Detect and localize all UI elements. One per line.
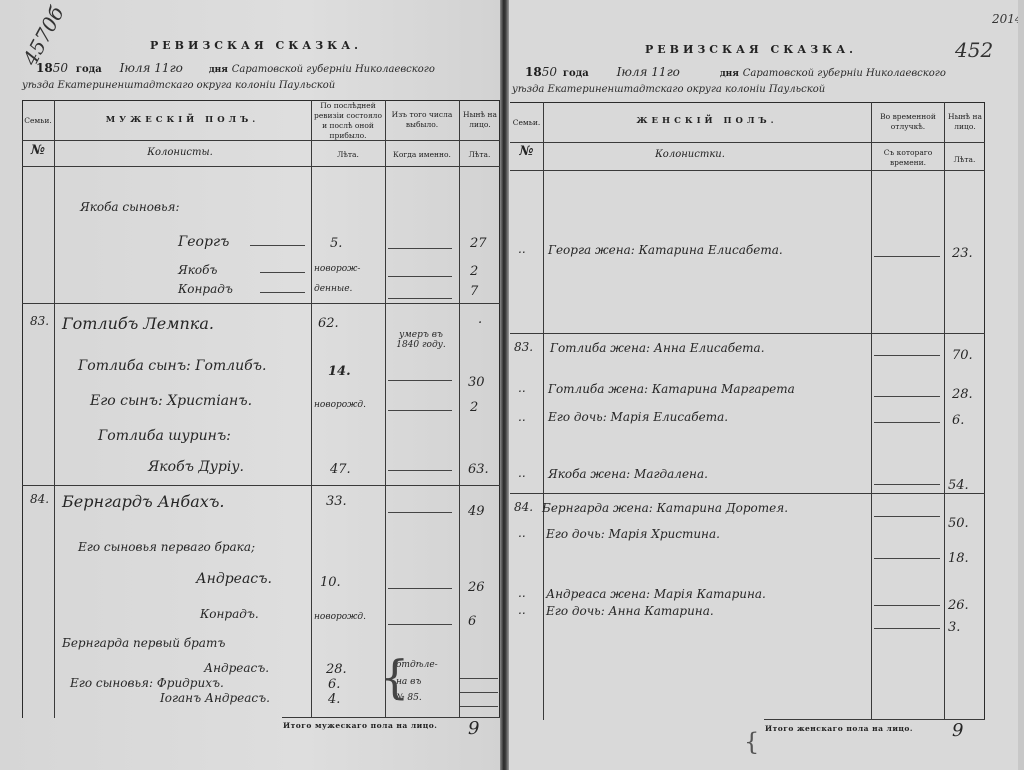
right-page-title: РЕВИЗСКАЯ СКАЗКА. (645, 43, 857, 56)
day-label: дня (720, 69, 739, 79)
month-day: Іюля 11го (617, 65, 680, 79)
row-present: 63. (468, 462, 489, 477)
row-prev: 5. (330, 236, 342, 251)
left-table (22, 100, 500, 718)
row-name: Якоба сыновья: (80, 200, 180, 214)
row-prev: 14. (328, 364, 351, 379)
row-present: 26 (468, 580, 485, 595)
col-prev-revision-header: По послѣдней ревизiи состояло и послѣ он… (313, 101, 383, 141)
year-hand: 50 (542, 65, 557, 79)
year-prefix: 18 (525, 65, 542, 79)
row-prev: 10. (320, 575, 341, 590)
day-label: дня (209, 65, 228, 75)
col-sex-header: МУЖЕСКIЙ ПОЛЪ. (54, 115, 311, 125)
row-name: Георгъ (178, 234, 229, 250)
row-prev: 28. (326, 662, 347, 677)
year-label: года (76, 64, 102, 75)
row-name: Конрадъ (178, 282, 233, 296)
col-sex-header: ЖЕНСКIЙ ПОЛЪ. (543, 116, 871, 126)
row-prev: 47. (330, 462, 351, 477)
row-name: Якоба жена: Магдалена. (548, 467, 708, 481)
when-header: Когда именно. (385, 150, 459, 160)
month-day: Іюля 11го (120, 61, 183, 75)
row-present: 70. (952, 348, 973, 363)
row-present: 7 (470, 284, 478, 299)
col-family-header: Семьи. (22, 116, 54, 126)
row-name: Якобъ Дурiу. (148, 459, 244, 475)
row-present: 54. (948, 478, 969, 493)
row-name: Бернгардъ Анбахъ. (62, 492, 225, 511)
row-name: Его дочь: Марiя Христина. (546, 527, 720, 541)
row-present: 23. (952, 246, 973, 261)
row-name: Его дочь: Марiя Елисабета. (548, 410, 728, 424)
col-present-header: Нынѣ на лицо. (461, 110, 499, 130)
row-name: Iоганъ Андреасъ. (160, 691, 270, 705)
row-name: Его сыновья: Фридрихъ. (70, 676, 224, 690)
years-header-1: Лѣта. (311, 150, 385, 160)
location-line-1: Саратовской губернiи Николаевского (232, 64, 435, 75)
row-family: 84. (30, 492, 49, 506)
row-departed: умеръ въ 1840 году. (388, 330, 454, 350)
since-when-header: Съ котораго времени. (874, 148, 942, 168)
col-departed-header: Изъ того числа выбыло. (388, 110, 456, 130)
row-present: 50. (948, 516, 969, 531)
row-name: Андреасъ. (204, 661, 269, 675)
row-name: Готлиба шуринъ: (98, 428, 231, 444)
row-prev: 62. (318, 316, 339, 331)
num-sign: № (510, 147, 543, 157)
year-hand: 50 (53, 61, 68, 75)
row-family: .. (518, 586, 526, 600)
right-folio-number: 452 (955, 38, 993, 62)
row-family: 83. (30, 314, 49, 328)
row-prev: новорожд. (314, 612, 366, 622)
row-family: 84. (514, 500, 533, 514)
left-location-line-2: уѣзда Екатериненштадтскаго округа колонi… (22, 80, 335, 91)
row-prev: новорожд. (314, 400, 366, 410)
years-header: Лѣта. (944, 155, 985, 165)
left-page: 4570б РЕВИЗСКАЯ СКАЗКА. 1850 года Іюля 1… (0, 0, 505, 770)
row-name: Андреасъ. (196, 571, 272, 587)
left-page-title: РЕВИЗСКАЯ СКАЗКА. (150, 39, 362, 52)
row-name: Готлиба жена: Анна Елисабета. (550, 341, 765, 355)
row-present: 6. (952, 413, 964, 428)
row-name: Андреаса жена: Марiя Катарина. (546, 587, 766, 601)
male-total-value: 9 (468, 718, 479, 739)
row-present: 3. (948, 620, 960, 635)
row-name: Якобъ (178, 263, 217, 277)
year-label: года (563, 68, 589, 79)
row-present: 18. (948, 551, 969, 566)
location-line-1: Саратовской губернiи Николаевского (743, 68, 946, 79)
row-present: 6 (468, 614, 476, 629)
right-location-line-2: уѣзда Екатериненштадтскаго округа колонi… (512, 84, 825, 95)
row-present: 26. (948, 598, 969, 613)
row-name: Его дочь: Анна Катарина. (546, 604, 714, 618)
row-present: 49 (468, 504, 485, 519)
row-family: .. (518, 410, 526, 424)
row-name: Его сыновья перваго брака; (78, 540, 255, 554)
years-header-2: Лѣта. (459, 150, 500, 160)
row-family: .. (518, 466, 526, 480)
row-family: .. (518, 381, 526, 395)
female-total-value: 9 (952, 720, 963, 741)
row-family: .. (518, 526, 526, 540)
row-name: Готлиба жена: Катарина Маргарета (548, 382, 795, 396)
row-name: Бернгарда жена: Катарина Доротея. (542, 501, 788, 515)
male-total-label: Итого мужескаго пола на лицо. (283, 721, 437, 730)
row-present: 2 (470, 400, 478, 415)
row-prev: новорож- (314, 264, 360, 274)
row-name: Георга жена: Катарина Елисабета. (548, 243, 783, 257)
female-total-label: Итого женскаго пола на лицо. (765, 724, 913, 733)
brace-mark-icon: { (744, 728, 759, 756)
row-present: . (478, 312, 482, 327)
left-date-line: 1850 года Іюля 11го дня Саратовской губе… (36, 61, 435, 75)
row-family: .. (518, 603, 526, 617)
row-present: 27 (470, 236, 487, 251)
row-name: Готлиба сынъ: Готлибъ. (78, 358, 266, 374)
row-prev: 4. (328, 692, 340, 707)
right-date-line: 1850 года Іюля 11го дня Саратовской губе… (525, 65, 946, 79)
row-name: Готлибъ Лемпка. (62, 314, 214, 333)
row-name: Конрадъ. (200, 607, 259, 621)
col-present-header: Нынѣ на лицо. (946, 112, 984, 132)
row-present: 28. (952, 387, 973, 402)
row-name: Бернгарда первый братъ (62, 636, 225, 650)
row-prev: 6. (328, 677, 340, 692)
num-sign: № (22, 146, 54, 156)
row-prev: денные. (314, 284, 352, 294)
year-prefix: 18 (36, 61, 53, 75)
row-prev: 33. (326, 494, 347, 509)
col-temp-absence-header: Во временной отлучкѣ. (874, 112, 942, 132)
left-folio-number: 4570б (18, 2, 69, 69)
row-family: 83. (514, 340, 533, 354)
brace-icon: { (380, 650, 409, 704)
names-hand-header: Колонистки. (590, 150, 790, 160)
names-hand-header: Колонисты. (80, 148, 280, 158)
row-family: .. (518, 242, 526, 256)
page-edge (1018, 0, 1024, 770)
row-name: Его сынъ: Христiанъ. (90, 393, 252, 409)
row-present: 30 (468, 375, 485, 390)
row-present: 2 (470, 264, 478, 279)
col-family-header: Семьи. (510, 118, 543, 128)
